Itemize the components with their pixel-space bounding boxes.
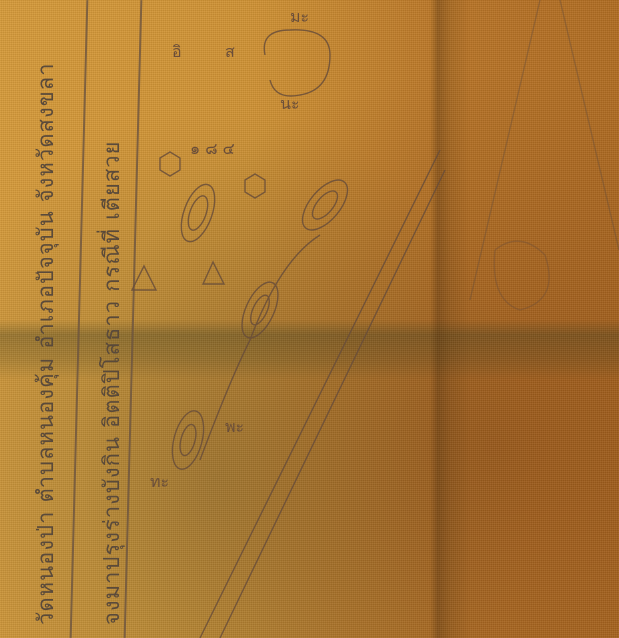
yantra-syllable: มะ [290,5,309,30]
yantra-syllable: ส [225,40,235,65]
yantra-drawings [0,0,619,638]
yantra-syllable: อิ [172,40,182,65]
yantra-numerals: ๑ ๘ ๔ [190,137,235,162]
yantra-syllable: พะ [225,415,244,440]
yantra-syllable: ทะ [150,470,169,495]
talisman-cloth-photo: วัดหนองป่า ตำบลหนองคุ้ม อำเภอปัจจุบัน จั… [0,0,619,638]
yantra-syllable: นะ [280,92,300,117]
